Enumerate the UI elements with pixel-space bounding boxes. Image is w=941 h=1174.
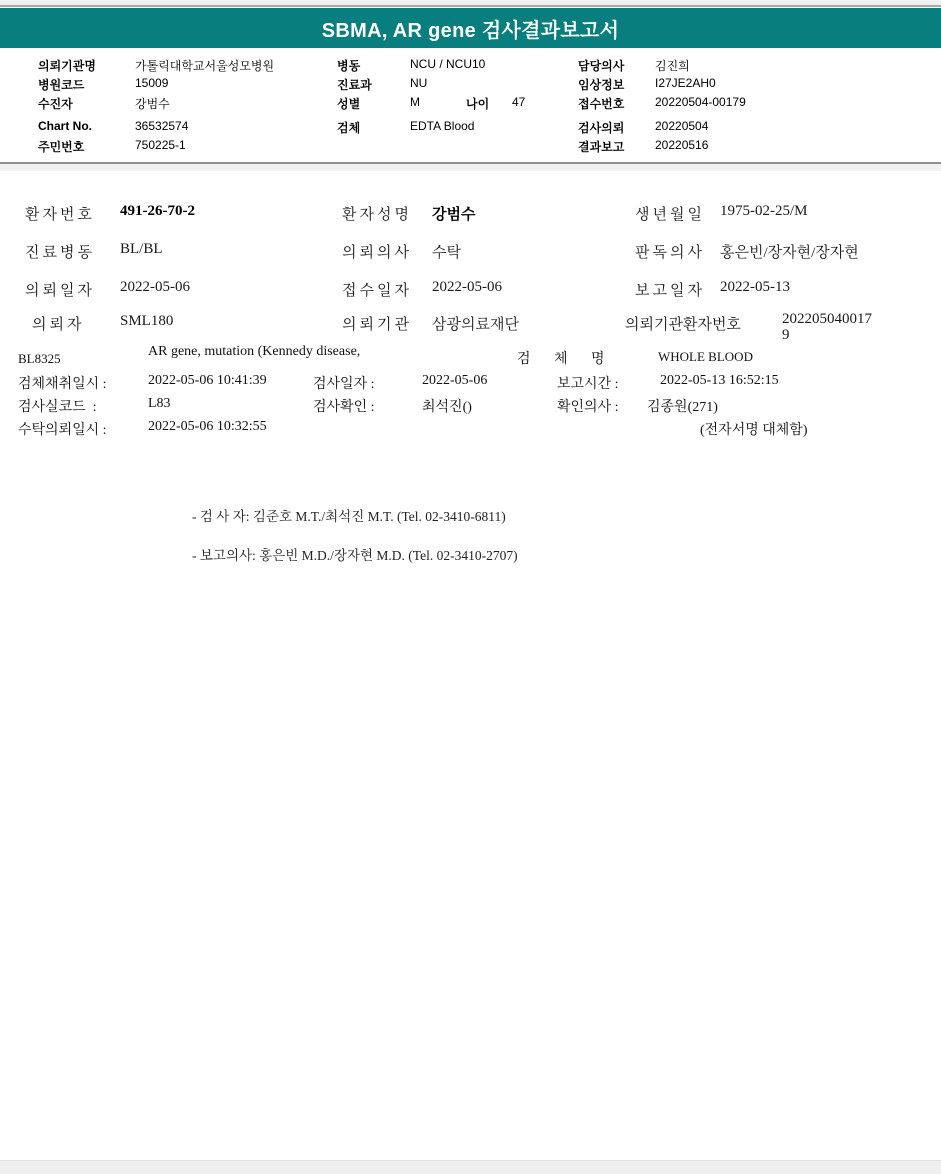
field-label: 주민번호 — [38, 138, 84, 155]
patient-row-referrer: 의뢰자 SML180 의뢰기관 삼광의료재단 의뢰기관환자번호 20220504… — [0, 313, 941, 335]
test-verifier-value: 최석진() — [422, 396, 472, 416]
field-value: 15009 — [135, 76, 168, 90]
patient-name-value: 강범수 — [432, 203, 475, 224]
field-label: 담당의사 — [578, 57, 624, 74]
field-requesting-org: 의뢰기관명 가톨릭대학교서울성모병원 — [38, 57, 328, 76]
referring-org-value: 삼광의료재단 — [432, 313, 519, 334]
age-value: 47 — [512, 95, 525, 109]
field-value: 가톨릭대학교서울성모병원 — [135, 57, 274, 74]
request-info-col1: 의뢰기관명 가톨릭대학교서울성모병원 병원코드 15009 수진자 강범수 Ch… — [38, 57, 328, 157]
report-doctor-contact-line: - 보고의사: 홍은빈 M.D./장자현 M.D. (Tel. 02-3410-… — [192, 549, 518, 562]
request-info-col2: 병동 NCU / NCU10 진료과 NU 성별 M 나이 47 검체 EDTA… — [337, 57, 567, 138]
request-date-value: 2022-05-06 — [120, 279, 190, 296]
examiner-contact-line: - 검 사 자: 김준호 M.T./최석진 M.T. (Tel. 02-3410… — [192, 510, 518, 523]
lab-report-page: SBMA, AR gene 검사결과보고서 의뢰기관명 가톨릭대학교서울성모병원… — [0, 0, 941, 1174]
field-label: 병원코드 — [38, 76, 84, 93]
field-examinee: 수진자 강범수 — [38, 95, 328, 114]
top-strip — [0, 0, 941, 7]
field-test-request-date: 검사의뢰 20220504 — [578, 119, 898, 138]
field-value: 강범수 — [135, 95, 170, 112]
contact-info: - 검 사 자: 김준호 M.T./최석진 M.T. (Tel. 02-3410… — [192, 484, 518, 588]
test-verifier-label: 검사확인 : — [313, 396, 375, 416]
referral-datetime-value: 2022-05-06 10:32:55 — [148, 419, 267, 435]
field-value: 750225-1 — [135, 138, 186, 152]
request-date-label: 의뢰일자 — [25, 279, 95, 300]
field-clinical-info: 임상정보 I27JE2AH0 — [578, 76, 898, 95]
e-signature-note: (전자서명 대체함) — [700, 419, 808, 439]
request-info-col3: 담당의사 김진희 임상정보 I27JE2AH0 접수번호 20220504-00… — [578, 57, 898, 157]
test-name: AR gene, mutation (Kennedy disease, — [148, 344, 360, 360]
birthdate-value: 1975-02-25/M — [720, 203, 808, 220]
field-value: 20220504 — [655, 119, 708, 133]
request-doctor-value: 수탁 — [432, 241, 461, 262]
referrer-value: SML180 — [120, 313, 173, 330]
referral-datetime-label: 수탁의뢰일시 : — [18, 419, 107, 439]
specimen-name-label: 검 체 명 — [517, 348, 615, 368]
lab-code-value: L83 — [148, 396, 171, 412]
field-label: 결과보고 — [578, 138, 624, 155]
field-label: 임상정보 — [578, 76, 624, 93]
field-sex-age: 성별 M 나이 47 — [337, 95, 567, 114]
section-divider-band — [0, 164, 941, 171]
field-department: 진료과 NU — [337, 76, 567, 95]
test-date-label: 검사일자 : — [313, 373, 375, 393]
patient-no-value: 491-26-70-2 — [120, 203, 195, 220]
confirm-doctor-value: 김종원(271) — [647, 396, 718, 416]
report-title: SBMA, AR gene 검사결과보고서 — [322, 14, 619, 43]
field-label: 검체 — [337, 119, 360, 136]
patient-row-ward-doctors: 진료병동 BL/BL 의뢰의사 수탁 판독의사 홍은빈/장자현/장자현 — [0, 241, 941, 263]
field-attending-doctor: 담당의사 김진희 — [578, 57, 898, 76]
field-result-report-date: 결과보고 20220516 — [578, 138, 898, 157]
request-doctor-label: 의뢰의사 — [342, 241, 412, 262]
org-patient-no-label: 의뢰기관환자번호 — [625, 313, 741, 334]
receipt-date-value: 2022-05-06 — [432, 279, 502, 296]
field-chart-no: Chart No. 36532574 — [38, 119, 328, 138]
test-code: BL8325 — [18, 351, 61, 367]
field-value: M — [410, 95, 420, 109]
bottom-bar — [0, 1160, 941, 1174]
field-value: 20220504-00179 — [655, 95, 746, 109]
collected-datetime-value: 2022-05-06 10:41:39 — [148, 373, 267, 389]
field-hospital-code: 병원코드 15009 — [38, 76, 328, 95]
test-date-value: 2022-05-06 — [422, 373, 487, 389]
field-value: NCU / NCU10 — [410, 57, 485, 71]
reading-doctor-value: 홍은빈/장자현/장자현 — [720, 241, 859, 262]
lab-code-label: 검사실코드 : — [18, 396, 97, 416]
report-date-value: 2022-05-13 — [720, 279, 790, 296]
field-value: 김진희 — [655, 57, 690, 74]
field-specimen: 검체 EDTA Blood — [337, 119, 567, 138]
field-ward: 병동 NCU / NCU10 — [337, 57, 567, 76]
report-header-bar: SBMA, AR gene 검사결과보고서 — [0, 8, 941, 48]
field-label: 병동 — [337, 57, 360, 74]
referrer-label: 의뢰자 — [32, 313, 84, 334]
reading-doctor-label: 판독의사 — [635, 241, 705, 262]
report-date-label: 보고일자 — [635, 279, 705, 300]
patient-row-ids: 환자번호 491-26-70-2 환자성명 강범수 생년월일 1975-02-2… — [0, 203, 941, 225]
field-value: NU — [410, 76, 427, 90]
field-value: 36532574 — [135, 119, 188, 133]
report-time-value: 2022-05-13 16:52:15 — [660, 373, 779, 389]
field-value: EDTA Blood — [410, 119, 474, 133]
field-label: 수진자 — [38, 95, 73, 112]
birthdate-label: 생년월일 — [635, 203, 705, 224]
field-label: 진료과 — [337, 76, 372, 93]
field-value: 20220516 — [655, 138, 708, 152]
care-ward-value: BL/BL — [120, 241, 163, 258]
org-patient-no-value: 2022050400179 — [782, 311, 879, 343]
confirm-doctor-label: 확인의사 : — [557, 396, 619, 416]
field-label: 성별 — [337, 95, 360, 112]
field-label: 의뢰기관명 — [38, 57, 96, 74]
patient-row-dates: 의뢰일자 2022-05-06 접수일자 2022-05-06 보고일자 202… — [0, 279, 941, 301]
field-label: Chart No. — [38, 119, 92, 133]
patient-no-label: 환자번호 — [25, 203, 95, 224]
patient-name-label: 환자성명 — [342, 203, 412, 224]
field-value: I27JE2AH0 — [655, 76, 716, 90]
referring-org-label: 의뢰기관 — [342, 313, 412, 334]
age-label: 나이 — [466, 95, 489, 112]
field-resident-id: 주민번호 750225-1 — [38, 138, 328, 157]
field-label: 검사의뢰 — [578, 119, 624, 136]
care-ward-label: 진료병동 — [25, 241, 95, 262]
specimen-name-value: WHOLE BLOOD — [658, 349, 753, 365]
field-receipt-no: 접수번호 20220504-00179 — [578, 95, 898, 114]
field-label: 접수번호 — [578, 95, 624, 112]
receipt-date-label: 접수일자 — [342, 279, 412, 300]
report-time-label: 보고시간 : — [557, 373, 619, 393]
collected-datetime-label: 검체채취일시 : — [18, 373, 107, 393]
